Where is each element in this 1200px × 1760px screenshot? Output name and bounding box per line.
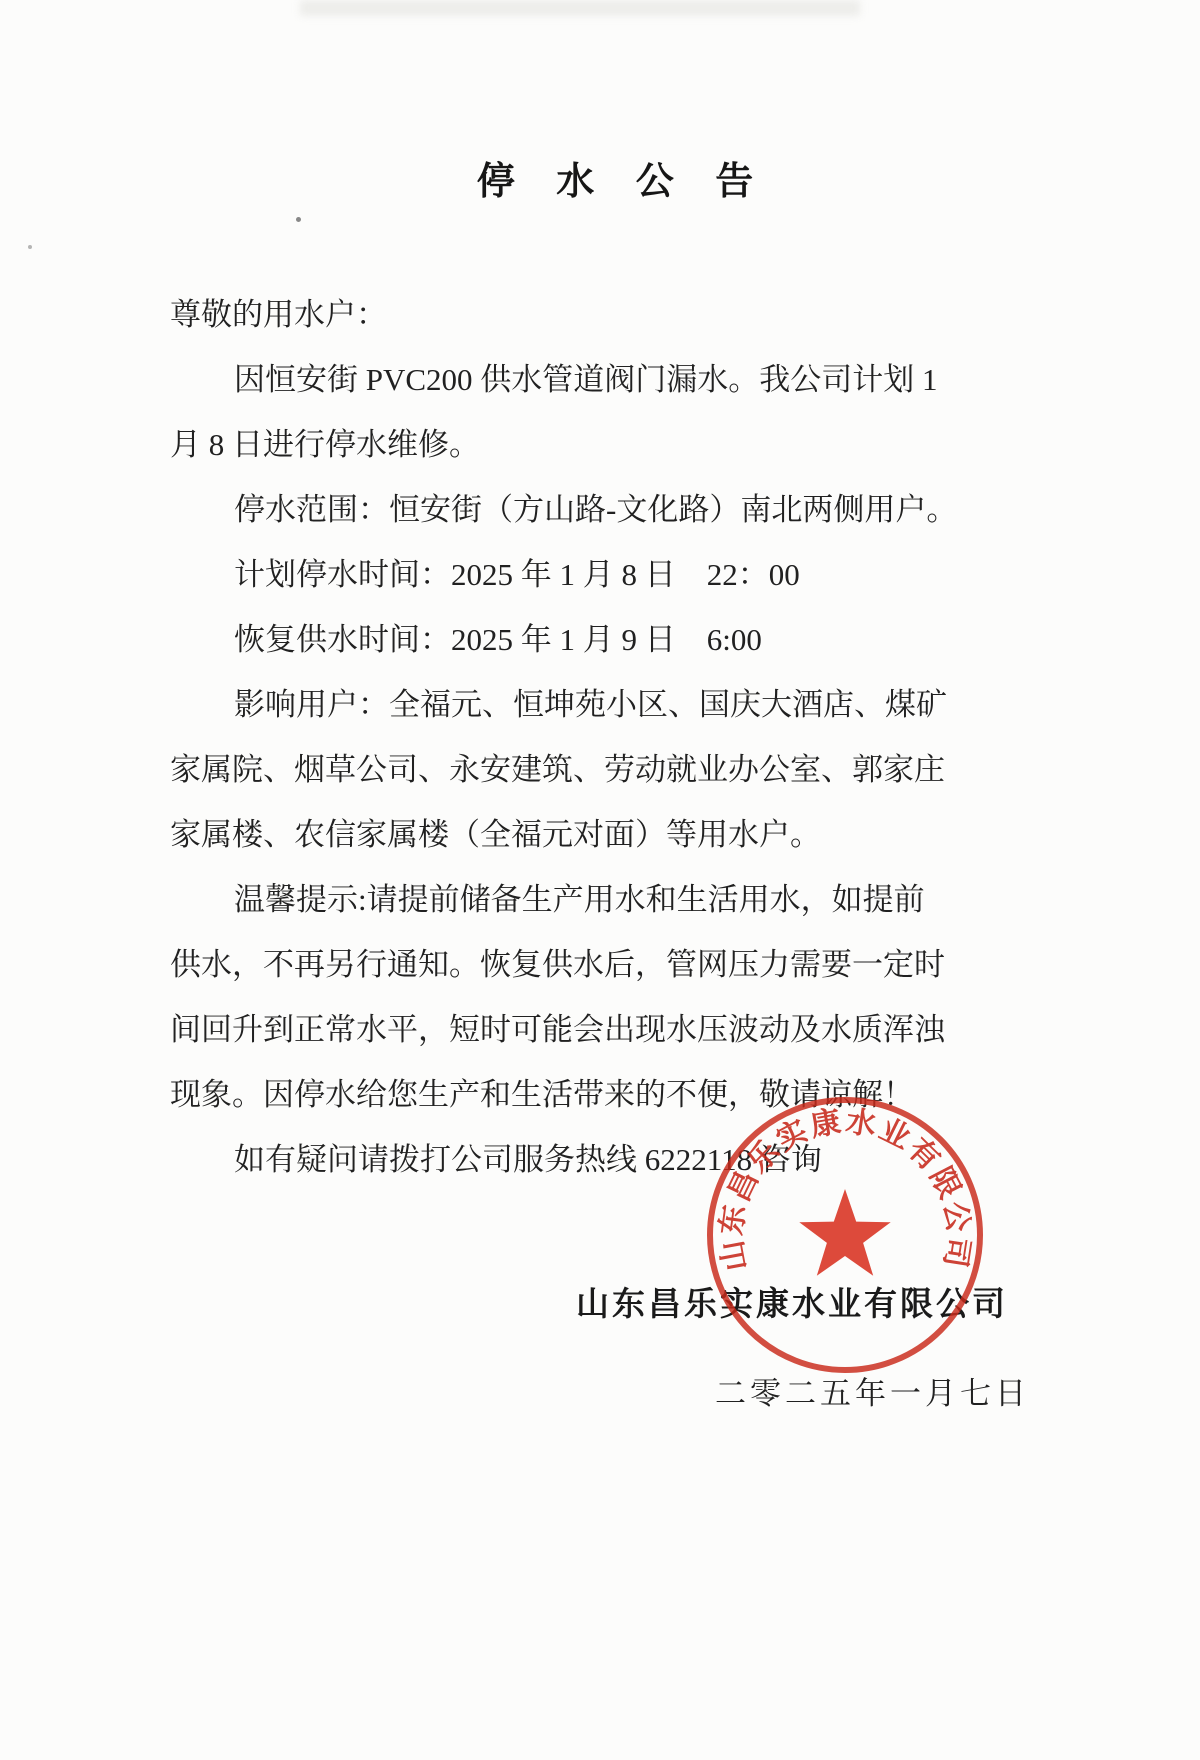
body-line: 因恒安街 PVC200 供水管道阀门漏水。我公司计划 1: [170, 347, 1070, 412]
body-line: 家属楼、农信家属楼（全福元对面）等用水户。: [170, 802, 1070, 867]
body-line: 影响用户：全福元、恒坤苑小区、国庆大酒店、煤矿: [170, 672, 1070, 737]
scan-smudge: [300, 0, 860, 16]
body-line: 温馨提示:请提前储备生产用水和生活用水，如提前: [170, 867, 1070, 932]
body-line: 计划停水时间：2025 年 1 月 8 日 22：00: [170, 542, 1070, 607]
scan-speck: [28, 245, 32, 249]
body-line: 家属院、烟草公司、永安建筑、劳动就业办公室、郭家庄: [170, 737, 1070, 802]
body-line: 停水范围：恒安街（方山路-文化路）南北两侧用户。: [170, 477, 1070, 542]
notice-title: 停 水 公 告: [0, 150, 1200, 205]
notice-body: 尊敬的用水户： 因恒安街 PVC200 供水管道阀门漏水。我公司计划 1 月 8…: [170, 282, 1070, 1192]
scanned-notice-page: 停 水 公 告 尊敬的用水户： 因恒安街 PVC200 供水管道阀门漏水。我公司…: [0, 0, 1200, 1760]
salutation-line: 尊敬的用水户：: [170, 282, 1070, 347]
signature-company: 山东昌乐实康水业有限公司: [576, 1278, 1008, 1325]
body-line: 间回升到正常水平，短时可能会出现水压波动及水质浑浊: [170, 997, 1070, 1062]
body-line: 恢复供水时间：2025 年 1 月 9 日 6:00: [170, 607, 1070, 672]
body-line: 月 8 日进行停水维修。: [170, 412, 1070, 477]
body-line: 供水，不再另行通知。恢复供水后，管网压力需要一定时: [170, 932, 1070, 997]
scan-speck: [296, 217, 301, 222]
body-line: 现象。因停水给您生产和生活带来的不便，敬请谅解！: [170, 1062, 1070, 1127]
seal-star-icon: [799, 1189, 890, 1276]
hotline-line: 如有疑问请拨打公司服务热线 6222118 咨询: [170, 1127, 1070, 1192]
notice-date: 二零二五年一月七日: [715, 1368, 1030, 1413]
